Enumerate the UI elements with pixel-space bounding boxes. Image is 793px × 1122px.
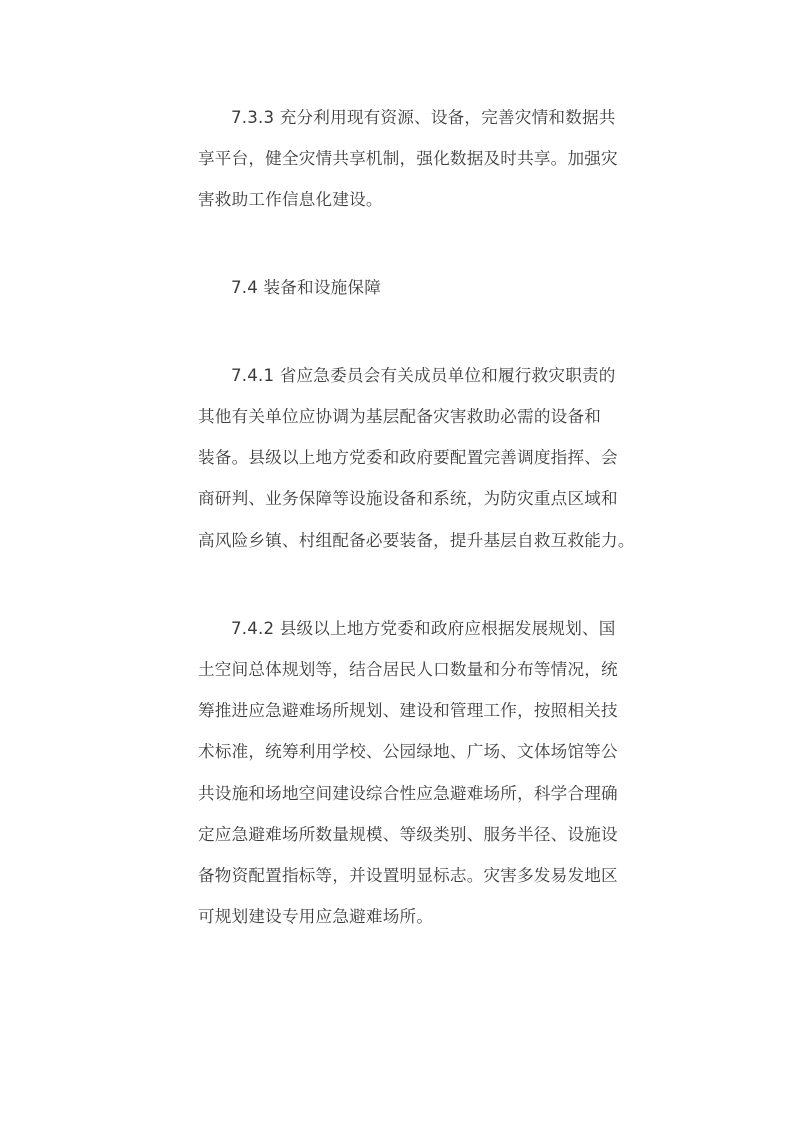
text-line: 术标准，统筹利用学校、公园绿地、广场、文体场馆等公: [198, 740, 600, 764]
text-line: 商研判、业务保障等设施设备和系统，为防灾重点区域和: [198, 487, 600, 511]
text-line: 共设施和场地空间建设综合性应急避难场所，科学合理确: [198, 782, 600, 806]
text-line: 土空间总体规划等，结合居民人口数量和分布等情况，统: [198, 658, 600, 682]
document-page: 7.3.3 充分利用现有资源、设备，完善灾情和数据共 享平台，健全灾情共享机制，…: [0, 0, 793, 1122]
heading-text: 7.4 装备和设施保障: [231, 276, 600, 300]
text-line: 害救助工作信息化建设。: [198, 188, 600, 212]
text-line: 筹推进应急避难场所规划、建设和管理工作，按照相关技: [198, 699, 600, 723]
text-line: 备物资配置指标等，并设置明显标志。灾害多发易发地区: [198, 864, 600, 888]
text-line: 享平台，健全灾情共享机制，强化数据及时共享。加强灾: [198, 147, 600, 171]
text-line: 高风险乡镇、村组配备必要装备，提升基层自救互救能力。: [198, 529, 600, 553]
text-line: 7.3.3 充分利用现有资源、设备，完善灾情和数据共: [231, 106, 600, 130]
text-line: 可规划建设专用应急避难场所。: [198, 905, 600, 929]
text-line: 7.4.2 县级以上地方党委和政府应根据发展规划、国: [231, 617, 600, 641]
text-line: 7.4.1 省应急委员会有关成员单位和履行救灾职责的: [231, 364, 600, 388]
text-line: 定应急避难场所数量规模、等级类别、服务半径、设施设: [198, 823, 600, 847]
text-line: 其他有关单位应协调为基层配备灾害救助必需的设备和: [198, 405, 600, 429]
text-line: 装备。县级以上地方党委和政府要配置完善调度指挥、会: [198, 446, 600, 470]
